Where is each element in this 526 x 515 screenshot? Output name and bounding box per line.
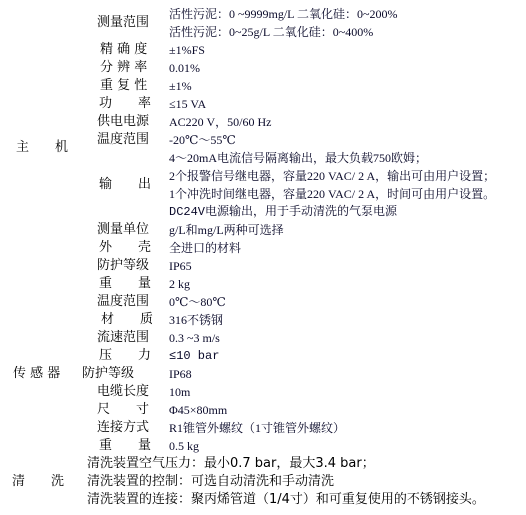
value-repeatability: ±1% <box>169 77 192 95</box>
value-sensor-weight: 0.5 kg <box>169 437 199 455</box>
value-flow-range: 0.3 ~3 m/s <box>169 329 220 347</box>
label-measurement-unit: 测量单位 <box>97 221 149 239</box>
label-weight: 重 量 <box>99 275 151 293</box>
label-dimensions: 尺 寸 <box>97 401 149 419</box>
value-pressure: ≤10 bar <box>169 347 219 365</box>
label-temperature-range-2: 温度范围 <box>97 293 149 311</box>
category-sensor: 传 感 器 <box>13 365 60 383</box>
cleaning-air-pressure: 清洗装置空气压力：最小0.7 bar，最大3.4 bar； <box>87 455 375 473</box>
label-connection-type: 连接方式 <box>97 419 149 437</box>
label-housing: 外 壳 <box>99 239 151 257</box>
cleaning-control: 清洗装置的控制：可选自动清洗和手动清洗 <box>87 473 334 491</box>
value-power-supply: AC220 V，50/60 Hz <box>169 113 271 131</box>
label-pressure: 压 力 <box>99 347 151 365</box>
value-power: ≤15 VA <box>169 95 206 113</box>
label-material: 材 质 <box>101 311 153 329</box>
label-repeatability: 重 复 性 <box>100 77 147 95</box>
value-temperature-range-2: 0℃～80℃ <box>169 293 226 311</box>
value-accuracy: ±1%FS <box>169 41 205 59</box>
value-protection-class: IP65 <box>169 257 192 275</box>
value-material: 316不锈钢 <box>169 311 223 329</box>
value-dimensions: Φ45×80mm <box>169 401 227 419</box>
value-sensor-protection-class: IP68 <box>169 365 192 383</box>
category-host: 主 机 <box>16 139 68 157</box>
value-resolution: 0.01% <box>169 59 200 77</box>
label-flow-range: 流速范围 <box>97 329 149 347</box>
value-output-analog: 4～20mA电流信号隔离输出，最大负载750欧姆； <box>169 149 427 167</box>
value-connection-type: R1锥管外螺纹（1寸锥管外螺纹） <box>169 419 345 437</box>
value-output-dc24v: DC24V电源输出，用于手动清洗的气泵电源 <box>169 203 397 221</box>
value-measurement-range-2: 活性污泥：0~25g/L 二氧化硅：0~400% <box>169 23 373 41</box>
label-temperature-range: 温度范围 <box>97 131 149 149</box>
cleaning-connection: 清洗装置的连接：聚丙烯管道（1/4寸）和可重复使用的不锈钢接头。 <box>87 491 485 509</box>
value-output-flush-relay: 1个冲洗时间继电器，容量220 VAC/ 2 A，时间可由用户设置。 <box>169 185 495 203</box>
label-sensor-protection-class: 防护等级 <box>82 365 134 383</box>
value-temperature-range: -20℃～55℃ <box>169 131 236 149</box>
value-measurement-range-1: 活性污泥：0 ~9999mg/L 二氧化硅：0~200% <box>169 5 398 23</box>
label-sensor-weight: 重 量 <box>99 437 151 455</box>
value-weight: 2 kg <box>169 275 190 293</box>
label-protection-class: 防护等级 <box>97 257 149 275</box>
label-output: 输 出 <box>99 176 151 194</box>
value-measurement-unit: g/L和mg/L两种可选择 <box>169 221 284 239</box>
label-accuracy: 精 确 度 <box>100 41 147 59</box>
label-resolution: 分 辨 率 <box>100 59 147 77</box>
spec-table: 主 机 测量范围 活性污泥：0 ~9999mg/L 二氧化硅：0~200% 活性… <box>0 0 526 515</box>
label-power: 功 率 <box>99 95 151 113</box>
value-cable-length: 10m <box>169 383 190 401</box>
label-power-supply: 供电电源 <box>97 113 149 131</box>
value-output-alarm-relay: 2个报警信号继电器，容量220 VAC/ 2 A，输出可由用户设置； <box>169 167 495 185</box>
label-measurement-range: 测量范围 <box>97 14 149 32</box>
category-cleaning: 清 洗 <box>12 473 64 491</box>
label-cable-length: 电缆长度 <box>97 383 149 401</box>
value-housing: 全进口的材料 <box>169 239 241 257</box>
